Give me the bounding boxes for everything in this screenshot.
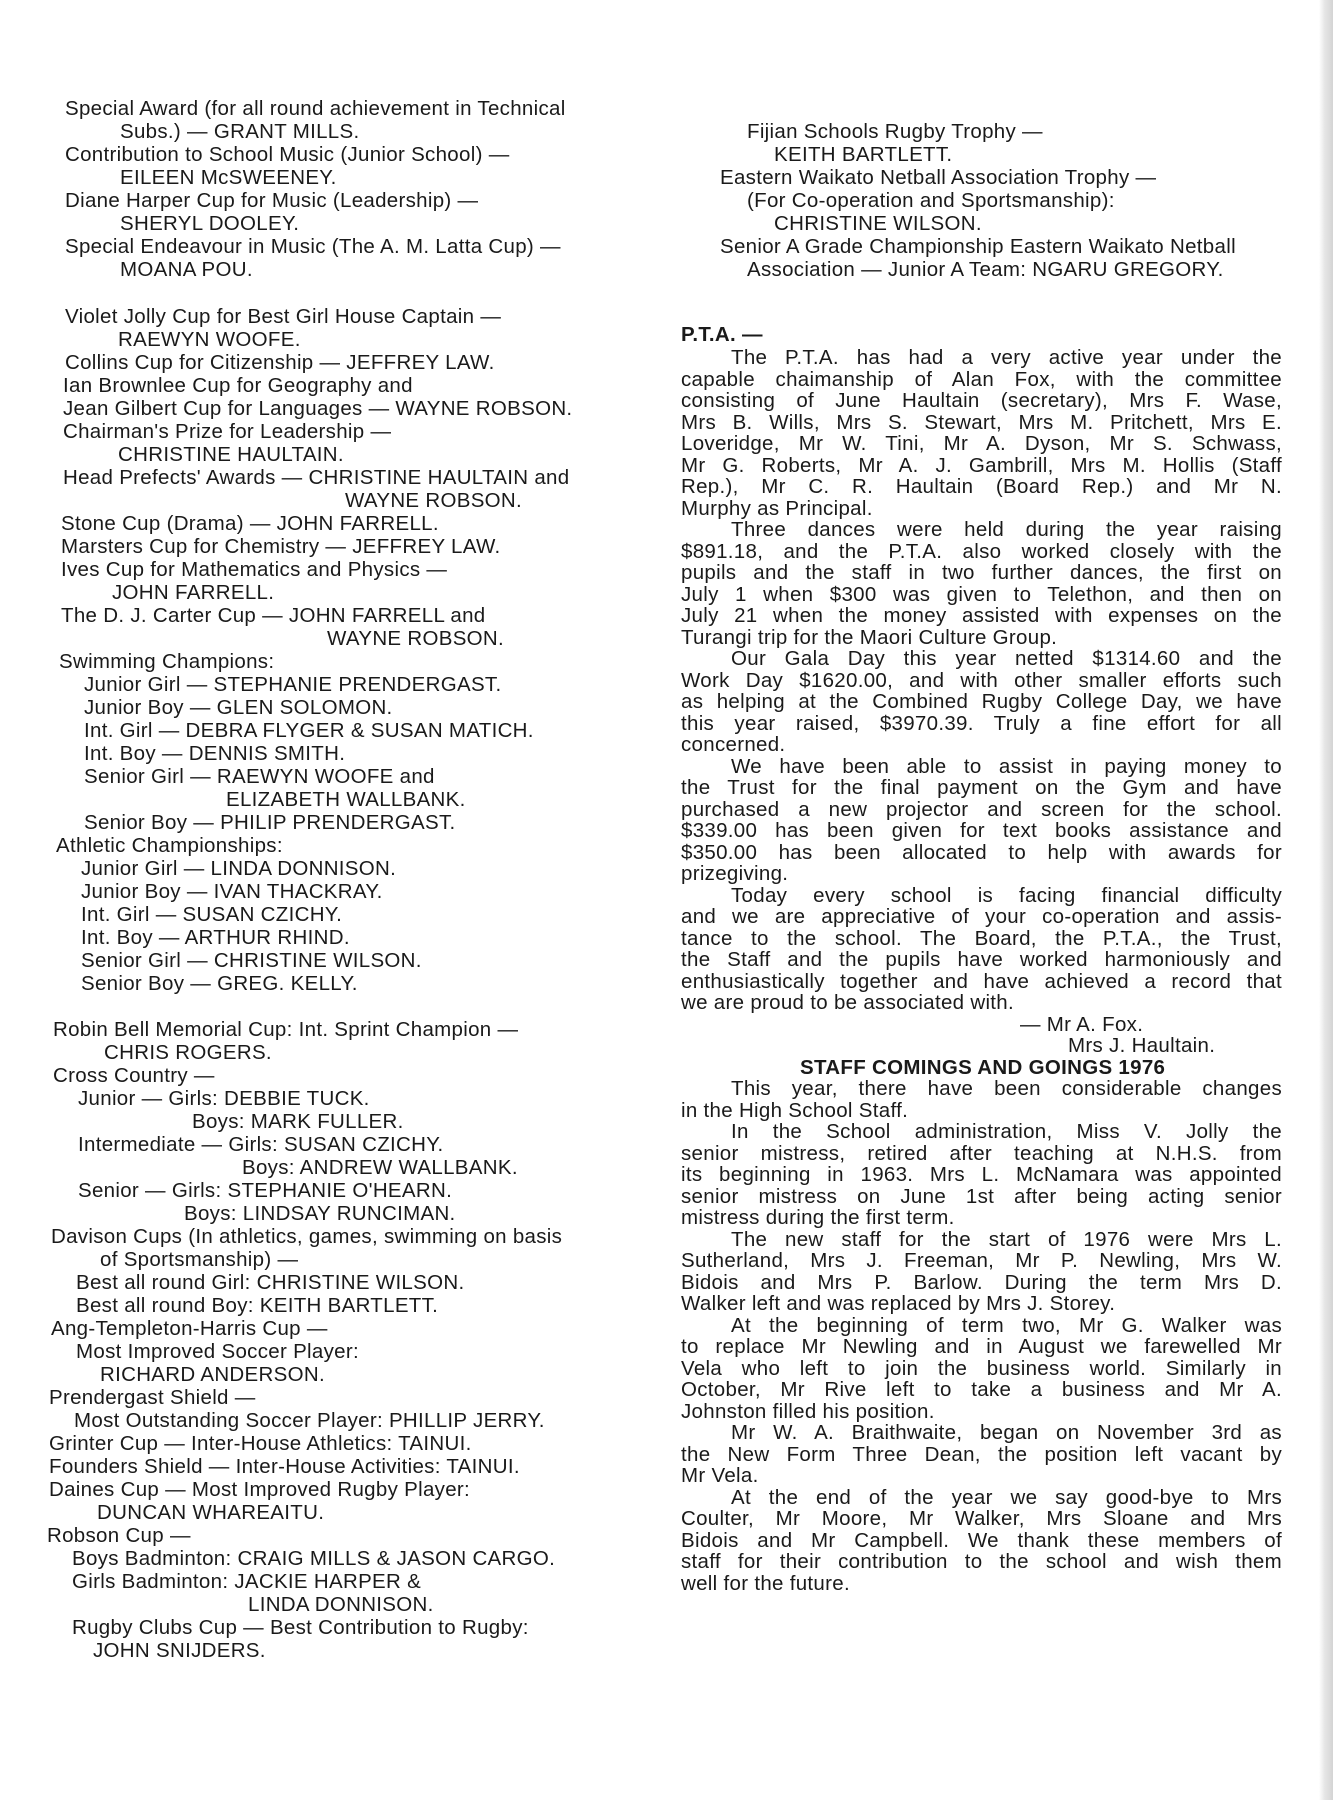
pta-paragraph-line: the Trust for the final payment on the G… bbox=[681, 776, 1282, 799]
pta-paragraph-line: Three dances were held during the year r… bbox=[731, 518, 1282, 541]
pta-paragraph-line: We have been able to assist in paying mo… bbox=[731, 755, 1282, 778]
pta-paragraph-line: pupils and the staff in two further danc… bbox=[681, 561, 1282, 584]
pta-paragraph-line: tance to the school. The Board, the P.T.… bbox=[681, 927, 1282, 950]
award-line: Best all round Girl: CHRISTINE WILSON. bbox=[76, 1271, 464, 1294]
award-line: Int. Girl — SUSAN CZICHY. bbox=[81, 903, 342, 926]
award-line: WAYNE ROBSON. bbox=[345, 489, 522, 512]
award-line: Int. Boy — ARTHUR RHIND. bbox=[81, 926, 350, 949]
award-line: Best all round Boy: KEITH BARTLETT. bbox=[76, 1294, 438, 1317]
award-line: Most Outstanding Soccer Player: PHILLIP … bbox=[74, 1409, 545, 1432]
award-line: Most Improved Soccer Player: bbox=[76, 1340, 359, 1363]
staff-paragraph-line: At the beginning of term two, Mr G. Walk… bbox=[731, 1314, 1282, 1337]
signature-line: Mrs J. Haultain. bbox=[1068, 1034, 1215, 1057]
pta-paragraph-line: this year raised, $3970.39. Truly a fine… bbox=[681, 712, 1282, 735]
pta-paragraph-line: Murphy as Principal. bbox=[681, 497, 873, 520]
pta-paragraph-line: July 21 when the money assisted with exp… bbox=[681, 604, 1282, 627]
award-line: Senior Girl — CHRISTINE WILSON. bbox=[81, 949, 422, 972]
award-line: Marsters Cup for Chemistry — JEFFREY LAW… bbox=[61, 535, 500, 558]
pta-paragraph-line: $891.18, and the P.T.A. also worked clos… bbox=[681, 540, 1282, 563]
award-line: CHRISTINE HAULTAIN. bbox=[118, 443, 344, 466]
staff-paragraph-line: Bidois and Mr Campbell. We thank these m… bbox=[681, 1529, 1282, 1552]
award-line: Eastern Waikato Netball Association Trop… bbox=[720, 166, 1156, 189]
pta-paragraph-line: Today every school is facing financial d… bbox=[731, 884, 1282, 907]
award-line: The D. J. Carter Cup — JOHN FARRELL and bbox=[61, 604, 486, 627]
scan-page-edge bbox=[1319, 0, 1333, 1800]
pta-paragraph-line: purchased a new projector and screen for… bbox=[681, 798, 1282, 821]
staff-paragraph-line: senior mistress on June 1st after being … bbox=[681, 1185, 1282, 1208]
award-line: Athletic Championships: bbox=[56, 834, 283, 857]
staff-paragraph-line: Sutherland, Mrs J. Freeman, Mr P. Newlin… bbox=[681, 1249, 1282, 1272]
award-line: Robson Cup — bbox=[47, 1524, 191, 1547]
award-line: Junior Boy — IVAN THACKRAY. bbox=[81, 880, 383, 903]
award-line: Rugby Clubs Cup — Best Contribution to R… bbox=[72, 1616, 529, 1639]
award-line: RAEWYN WOOFE. bbox=[118, 328, 301, 351]
staff-paragraph-line: Johnston filled his position. bbox=[681, 1400, 935, 1423]
award-line: Senior Boy — GREG. KELLY. bbox=[81, 972, 358, 995]
pta-paragraph-line: Loveridge, Mr W. Tini, Mr A. Dyson, Mr S… bbox=[681, 432, 1282, 455]
staff-paragraph-line: Bidois and Mrs P. Barlow. During the ter… bbox=[681, 1271, 1282, 1294]
pta-paragraph-line: concerned. bbox=[681, 733, 785, 756]
award-line: CHRIS ROGERS. bbox=[104, 1041, 272, 1064]
award-line: Chairman's Prize for Leadership — bbox=[63, 420, 391, 443]
pta-paragraph-line: The P.T.A. has had a very active year un… bbox=[731, 346, 1282, 369]
award-line: Senior A Grade Championship Eastern Waik… bbox=[720, 235, 1236, 258]
award-line: WAYNE ROBSON. bbox=[327, 627, 504, 650]
award-line: RICHARD ANDERSON. bbox=[100, 1363, 325, 1386]
award-line: Ang-Templeton-Harris Cup — bbox=[51, 1317, 328, 1340]
award-line: CHRISTINE WILSON. bbox=[774, 212, 982, 235]
pta-paragraph-line: enthusiastically together and have achie… bbox=[681, 970, 1282, 993]
pta-paragraph-line: as helping at the Combined Rugby College… bbox=[681, 690, 1282, 713]
award-line: Junior Girl — STEPHANIE PRENDERGAST. bbox=[84, 673, 501, 696]
staff-paragraph-line: its beginning in 1963. Mrs L. McNamara w… bbox=[681, 1163, 1282, 1186]
award-line: Grinter Cup — Inter-House Athletics: TAI… bbox=[49, 1432, 472, 1455]
pta-paragraph-line: Mrs B. Wills, Mrs S. Stewart, Mrs M. Pri… bbox=[681, 411, 1282, 434]
award-line: Special Endeavour in Music (The A. M. La… bbox=[65, 235, 561, 258]
award-line: Senior — Girls: STEPHANIE O'HEARN. bbox=[78, 1179, 452, 1202]
staff-paragraph-line: Coulter, Mr Moore, Mr Walker, Mrs Sloane… bbox=[681, 1507, 1282, 1530]
staff-paragraph-line: Mr W. A. Braithwaite, began on November … bbox=[731, 1421, 1282, 1444]
award-line: Girls Badminton: JACKIE HARPER & bbox=[72, 1570, 421, 1593]
award-line: Subs.) — GRANT MILLS. bbox=[120, 120, 359, 143]
award-line: Int. Girl — DEBRA FLYGER & SUSAN MATICH. bbox=[84, 719, 534, 742]
award-line: DUNCAN WHAREAITU. bbox=[97, 1501, 324, 1524]
award-line: of Sportsmanship) — bbox=[100, 1248, 298, 1271]
pta-paragraph-line: consisting of June Haultain (secretary),… bbox=[681, 389, 1282, 412]
award-line: Stone Cup (Drama) — JOHN FARRELL. bbox=[61, 512, 439, 535]
award-line: Junior Boy — GLEN SOLOMON. bbox=[84, 696, 393, 719]
award-line: Robin Bell Memorial Cup: Int. Sprint Cha… bbox=[53, 1018, 518, 1041]
pta-paragraph-line: we are proud to be associated with. bbox=[681, 991, 1014, 1014]
award-line: Special Award (for all round achievement… bbox=[65, 97, 566, 120]
award-line: KEITH BARTLETT. bbox=[774, 143, 952, 166]
staff-paragraph-line: The new staff for the start of 1976 were… bbox=[731, 1228, 1282, 1251]
award-line: EILEEN McSWEENEY. bbox=[120, 166, 337, 189]
pta-heading: P.T.A. — bbox=[681, 323, 763, 346]
award-line: Ives Cup for Mathematics and Physics — bbox=[61, 558, 447, 581]
staff-paragraph-line: Walker left and was replaced by Mrs J. S… bbox=[681, 1292, 1115, 1315]
staff-paragraph-line: in the High School Staff. bbox=[681, 1099, 908, 1122]
award-line: Contribution to School Music (Junior Sch… bbox=[65, 143, 510, 166]
award-line: Jean Gilbert Cup for Languages — WAYNE R… bbox=[63, 397, 572, 420]
award-line: SHERYL DOOLEY. bbox=[120, 212, 299, 235]
pta-paragraph-line: prizegiving. bbox=[681, 862, 788, 885]
staff-paragraph-line: Vela who left to join the business world… bbox=[681, 1357, 1282, 1380]
staff-paragraph-line: the New Form Three Dean, the position le… bbox=[681, 1443, 1282, 1466]
staff-paragraph-line: senior mistress, retired after teaching … bbox=[681, 1142, 1282, 1165]
pta-paragraph-line: $339.00 has been given for text books as… bbox=[681, 819, 1282, 842]
pta-paragraph-line: and we are appreciative of your co-opera… bbox=[681, 905, 1282, 928]
award-line: Fijian Schools Rugby Trophy — bbox=[747, 120, 1043, 143]
award-line: Prendergast Shield — bbox=[49, 1386, 256, 1409]
pta-paragraph-line: Our Gala Day this year netted $1314.60 a… bbox=[731, 647, 1282, 670]
pta-paragraph-line: Mr G. Roberts, Mr A. J. Gambrill, Mrs M.… bbox=[681, 454, 1282, 477]
award-line: Senior Girl — RAEWYN WOOFE and bbox=[84, 765, 435, 788]
award-line: Boys: ANDREW WALLBANK. bbox=[242, 1156, 518, 1179]
staff-paragraph-line: October, Mr Rive left to take a business… bbox=[681, 1378, 1282, 1401]
award-line: ELIZABETH WALLBANK. bbox=[226, 788, 466, 811]
staff-paragraph-line: This year, there have been considerable … bbox=[731, 1077, 1282, 1100]
award-line: Cross Country — bbox=[53, 1064, 215, 1087]
signature-line: — Mr A. Fox. bbox=[1020, 1013, 1143, 1036]
award-line: Boys: MARK FULLER. bbox=[192, 1110, 404, 1133]
award-line: Boys: LINDSAY RUNCIMAN. bbox=[184, 1202, 456, 1225]
award-line: Junior — Girls: DEBBIE TUCK. bbox=[78, 1087, 370, 1110]
pta-paragraph-line: Turangi trip for the Maori Culture Group… bbox=[681, 626, 1057, 649]
award-line: Swimming Champions: bbox=[59, 650, 274, 673]
staff-paragraph-line: staff for their contribution to the scho… bbox=[681, 1550, 1282, 1573]
award-line: JOHN FARRELL. bbox=[112, 581, 274, 604]
pta-paragraph-line: Work Day $1620.00, and with other smalle… bbox=[681, 669, 1282, 692]
staff-paragraph-line: At the end of the year we say good-bye t… bbox=[731, 1486, 1282, 1509]
staff-paragraph-line: mistress during the first term. bbox=[681, 1206, 955, 1229]
award-line: LINDA DONNISON. bbox=[248, 1593, 434, 1616]
pta-paragraph-line: $350.00 has been allocated to help with … bbox=[681, 841, 1282, 864]
award-line: Junior Girl — LINDA DONNISON. bbox=[81, 857, 396, 880]
pta-paragraph-line: capable chaimanship of Alan Fox, with th… bbox=[681, 368, 1282, 391]
staff-paragraph-line: Mr Vela. bbox=[681, 1464, 759, 1487]
award-line: Int. Boy — DENNIS SMITH. bbox=[84, 742, 345, 765]
award-line: (For Co-operation and Sportsmanship): bbox=[747, 189, 1115, 212]
award-line: Association — Junior A Team: NGARU GREGO… bbox=[747, 258, 1224, 281]
award-line: JOHN SNIJDERS. bbox=[93, 1639, 266, 1662]
award-line: Boys Badminton: CRAIG MILLS & JASON CARG… bbox=[72, 1547, 555, 1570]
pta-paragraph-line: the Staff and the pupils have worked har… bbox=[681, 948, 1282, 971]
award-line: Violet Jolly Cup for Best Girl House Cap… bbox=[65, 305, 501, 328]
pta-paragraph-line: Rep.), Mr C. R. Haultain (Board Rep.) an… bbox=[681, 475, 1282, 498]
staff-comings-goings-heading: STAFF COMINGS AND GOINGS 1976 bbox=[800, 1056, 1165, 1079]
staff-paragraph-line: to replace Mr Newling and in August we f… bbox=[681, 1335, 1282, 1358]
award-line: Diane Harper Cup for Music (Leadership) … bbox=[65, 189, 478, 212]
award-line: Founders Shield — Inter-House Activities… bbox=[49, 1455, 520, 1478]
award-line: Daines Cup — Most Improved Rugby Player: bbox=[49, 1478, 470, 1501]
pta-paragraph-line: July 1 when $300 was given to Telethon, … bbox=[681, 583, 1282, 606]
award-line: Ian Brownlee Cup for Geography and bbox=[63, 374, 413, 397]
staff-paragraph-line: well for the future. bbox=[681, 1572, 850, 1595]
award-line: Intermediate — Girls: SUSAN CZICHY. bbox=[78, 1133, 444, 1156]
award-line: Senior Boy — PHILIP PRENDERGAST. bbox=[84, 811, 456, 834]
award-line: Head Prefects' Awards — CHRISTINE HAULTA… bbox=[63, 466, 569, 489]
award-line: MOANA POU. bbox=[120, 258, 253, 281]
staff-paragraph-line: In the School administration, Miss V. Jo… bbox=[731, 1120, 1282, 1143]
award-line: Collins Cup for Citizenship — JEFFREY LA… bbox=[65, 351, 495, 374]
award-line: Davison Cups (In athletics, games, swimm… bbox=[51, 1225, 562, 1248]
